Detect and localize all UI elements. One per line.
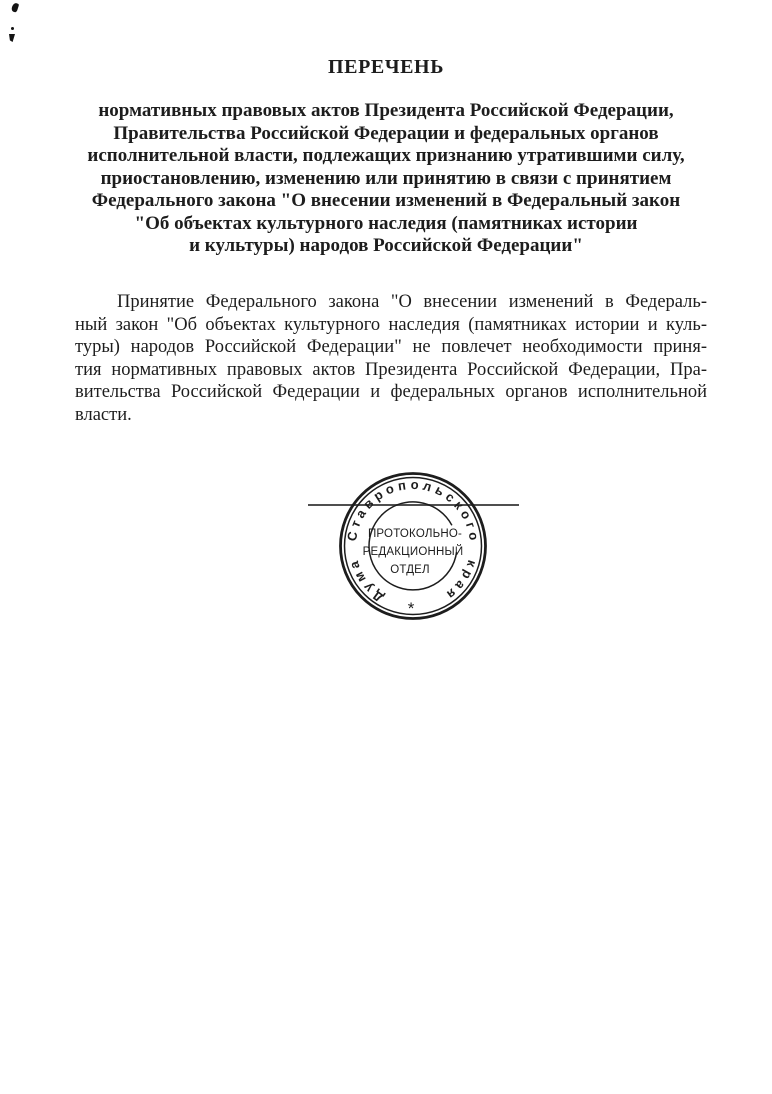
scan-artifact-mark — [9, 34, 15, 42]
subtitle-line: приостановлению, изменению или принятию … — [56, 168, 716, 191]
subtitle-line: Правительства Российской Федерации и фед… — [56, 123, 716, 146]
stamp-center-line-2: РЕДАКЦИОННЫЙ — [363, 545, 464, 558]
subtitle-line: и культуры) народов Российской Федерации… — [56, 235, 716, 258]
official-round-stamp: Дума Ставропольского края * ПРОТОКОЛЬНО-… — [333, 466, 493, 626]
paragraph-line: вительства Российской Федерации и федера… — [75, 381, 707, 404]
paragraph-line: туры) народов Российской Федерации" не п… — [75, 336, 707, 359]
subtitle-line: Федерального закона "О внесении изменени… — [56, 190, 716, 213]
scan-artifact-mark — [11, 2, 19, 12]
subtitle-line: исполнительной власти, подлежащих призна… — [56, 145, 716, 168]
body-paragraph: Принятие Федерального закона "О внесении… — [75, 291, 707, 427]
stamp-star: * — [408, 599, 415, 618]
subtitle-line: "Об объектах культурного наследия (памят… — [56, 213, 716, 236]
stamp-center-line-1: ПРОТОКОЛЬНО- — [368, 528, 462, 540]
stamp-ring-text: Дума Ставропольского края — [344, 477, 483, 606]
subtitle-line: нормативных правовых актов Президента Ро… — [56, 100, 716, 123]
scan-artifact-mark — [11, 27, 14, 30]
paragraph-line: ный закон "Об объектах культурного насле… — [75, 314, 707, 337]
document-page: ПЕРЕЧЕНЬ нормативных правовых актов През… — [0, 0, 772, 1094]
paragraph-line: власти. — [75, 404, 707, 427]
stamp-center-line-3: ОТДЕЛ — [390, 564, 430, 576]
paragraph-line: Принятие Федерального закона "О внесении… — [75, 291, 707, 314]
paragraph-line: тия нормативных правовых актов Президент… — [75, 359, 707, 382]
document-title: ПЕРЕЧЕНЬ — [0, 56, 772, 79]
document-subtitle: нормативных правовых актов Президента Ро… — [56, 100, 716, 258]
